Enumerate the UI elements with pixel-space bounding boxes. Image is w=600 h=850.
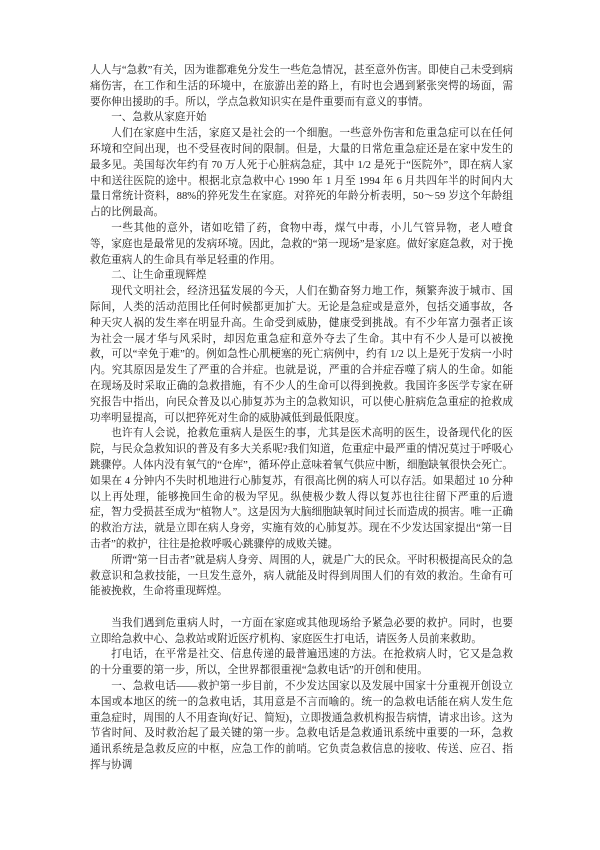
- document-page: 人人与“急救”有关，因为谁都难免分发生一些危急情况，甚至意外伤害。即使自己未受到…: [0, 0, 600, 850]
- paragraph: 打电话，在平常是社交、信息传递的最普遍迅速的方法。在抢救病人时，它又是急救的十分…: [90, 647, 513, 679]
- paragraph: 人人与“急救”有关，因为谁都难免分发生一些危急情况，甚至意外伤害。即使自己未受到…: [90, 63, 513, 110]
- paragraph: 人们在家庭中生活，家庭又是社会的一个细胞。一些意外伤害和危重急症可以在任何环境和…: [90, 126, 513, 221]
- paragraph: 一、急救电话——救护第一步目前，不少发达国家以及发展中国家十分重视开创设立本国或…: [90, 679, 513, 774]
- paragraph: 一些其他的意外，诸如吃错了药，食物中毒，煤气中毒，小儿气管异物，老人噎食等，家庭…: [90, 221, 513, 268]
- paragraph: 现代文明社会，经济迅猛发展的今天，人们在勤奋努力地工作，频繁奔波于城市、国际间，…: [90, 284, 513, 426]
- section-heading: 一、急救从家庭开始: [90, 110, 513, 126]
- document-body: 人人与“急救”有关，因为谁都难免分发生一些危急情况，甚至意外伤害。即使自己未受到…: [90, 63, 513, 774]
- paragraph: 所谓“第一目击者”就是病人身旁、周围的人，就是广大的民众。平时积极提高民众的急救…: [90, 553, 513, 600]
- section-heading: 二、让生命重现辉煌: [90, 268, 513, 284]
- paragraph: 也许有人会说，抢救危重病人是医生的事，尤其是医术高明的医生，设备现代化的医院，与…: [90, 426, 513, 552]
- paragraph-spacer: [90, 600, 513, 616]
- paragraph: 当我们遇到危重病人时，一方面在家庭或其他现场给予紧急必要的救护。同时，也要立即给…: [90, 616, 513, 648]
